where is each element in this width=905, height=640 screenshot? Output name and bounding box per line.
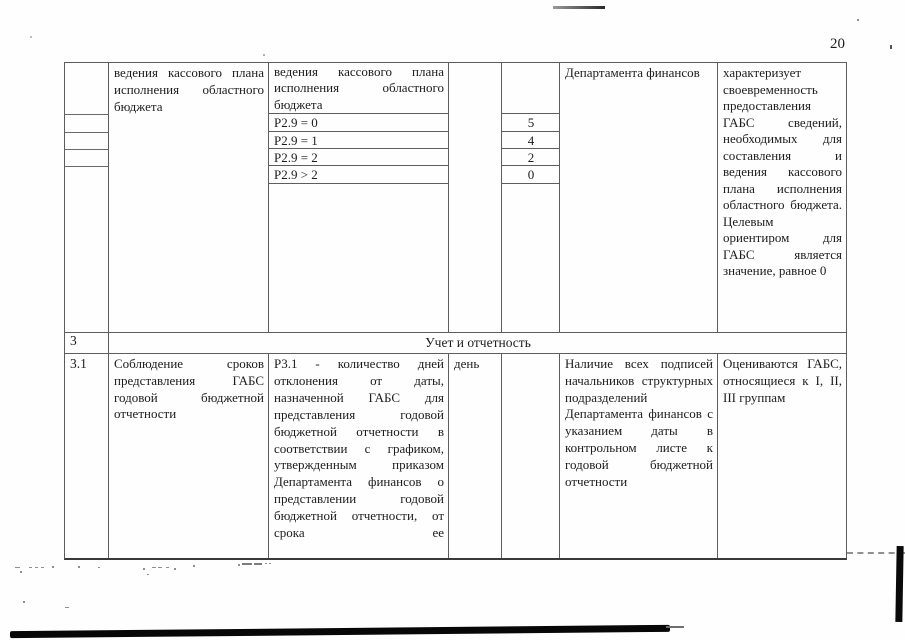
condition-formula: Р2.9 = 2	[269, 149, 448, 166]
scan-dot	[857, 19, 859, 21]
row-divider	[65, 114, 108, 115]
scan-dot	[30, 36, 32, 38]
condition-score: 5	[502, 114, 559, 132]
cell-section-num: 3	[65, 333, 109, 354]
cell-section-title: Учет и отчетность	[109, 333, 846, 354]
cell-note-cont: характеризует своевременность предоставл…	[718, 63, 846, 333]
scan-edge-bar-tail	[666, 626, 684, 628]
condition-formula: Р2.9 = 0	[269, 114, 448, 132]
row-divider	[65, 132, 108, 133]
cell-note-31: Оцениваются ГАБС, относящиеся к I, II, I…	[718, 354, 846, 558]
cell-responsible-cont: Департамента финансов	[560, 63, 718, 333]
scan-dot	[263, 54, 265, 56]
cell-unit-cont	[449, 63, 502, 333]
page-number: 20	[830, 36, 845, 53]
scan-dot	[890, 45, 892, 49]
indicator-intro: ведения кассового плана исполнения облас…	[269, 63, 448, 114]
scan-smudge-topline	[553, 6, 605, 9]
cell-criterion-cont: ведения кассового плана исполнения облас…	[109, 63, 269, 333]
scan-edge-bar-bottom	[10, 625, 670, 638]
cell-score-31	[502, 354, 560, 558]
cell-confirmation-31: Наличие всех подписей начальников структ…	[560, 354, 718, 558]
condition-score: 4	[502, 132, 559, 149]
criteria-table: ведения кассового плана исполнения облас…	[64, 62, 847, 560]
condition-score: 0	[502, 166, 559, 184]
cell-indicator-31: Р3.1 - количество дней отклонения от дат…	[269, 354, 449, 558]
row-divider	[65, 166, 108, 167]
cell-indicator-cont: ведения кассового плана исполнения облас…	[269, 63, 449, 333]
condition-formula: Р2.9 > 2	[269, 166, 448, 184]
row-divider	[65, 149, 108, 150]
cell-num-31: 3.1	[65, 354, 109, 558]
cell-unit-31: день	[449, 354, 502, 558]
cell-num-cont	[65, 63, 109, 333]
cell-criterion-31: Соблюдение сроков представления ГАБС год…	[109, 354, 269, 558]
scan-edge-bar-right	[895, 546, 903, 622]
cell-scores-cont: 5 4 2 0	[502, 63, 560, 333]
score-spacer	[502, 63, 559, 114]
condition-formula: Р2.9 = 1	[269, 132, 448, 149]
condition-score: 2	[502, 149, 559, 166]
